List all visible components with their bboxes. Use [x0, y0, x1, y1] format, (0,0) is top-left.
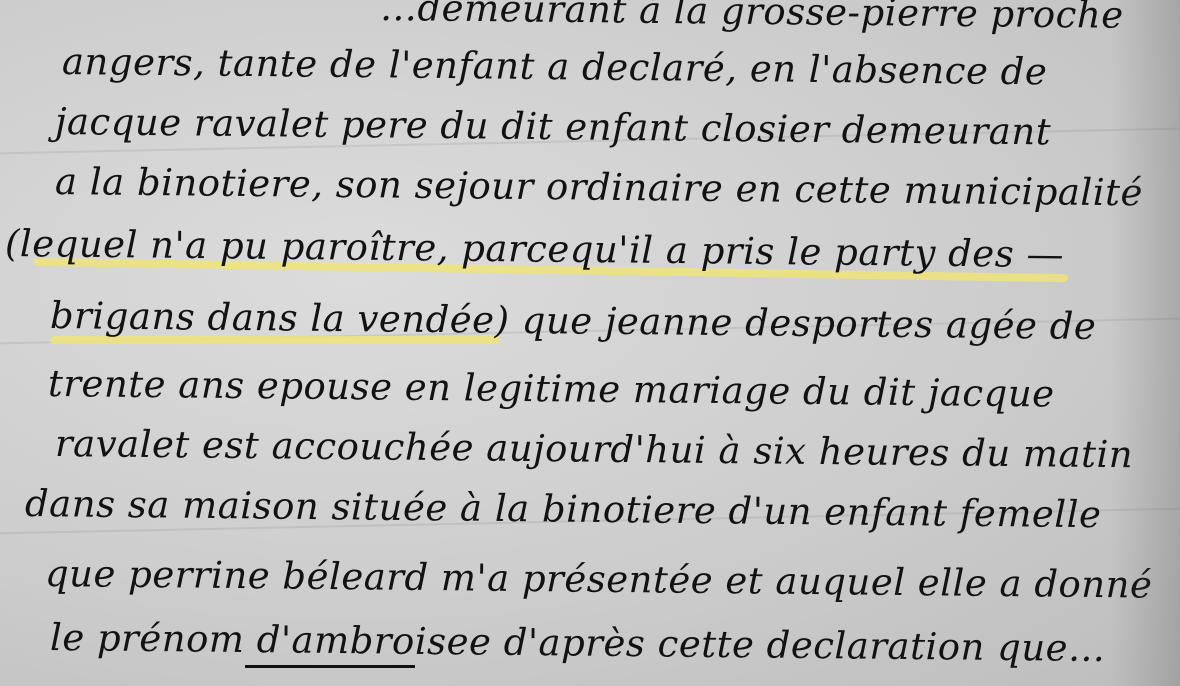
manuscript-line-2: angers, tante de l'enfant a declaré, en … [62, 40, 1048, 93]
manuscript-line-7: trente ans epouse en legitime mariage du… [48, 362, 1055, 416]
manuscript-line-11: le prénom d'ambroisee d'après cette decl… [50, 616, 1106, 670]
underline-mark [245, 665, 415, 668]
manuscript-line-5: (lequel n'a pu paroître, parcequ'il a pr… [5, 222, 1064, 276]
manuscript-page: …demeurant à la grosse-pierre proche ang… [0, 0, 1180, 686]
manuscript-line-3: jacque ravalet pere du dit enfant closie… [55, 100, 1052, 153]
manuscript-line-8: ravalet est accouchée aujourd'hui à six … [55, 422, 1134, 476]
manuscript-line-1: …demeurant à la grosse-pierre proche [380, 0, 1124, 37]
manuscript-line-10: que perrine béleard m'a présentée et auq… [45, 552, 1153, 607]
manuscript-line-4: a la binotiere, son sejour ordinaire en … [55, 160, 1143, 214]
